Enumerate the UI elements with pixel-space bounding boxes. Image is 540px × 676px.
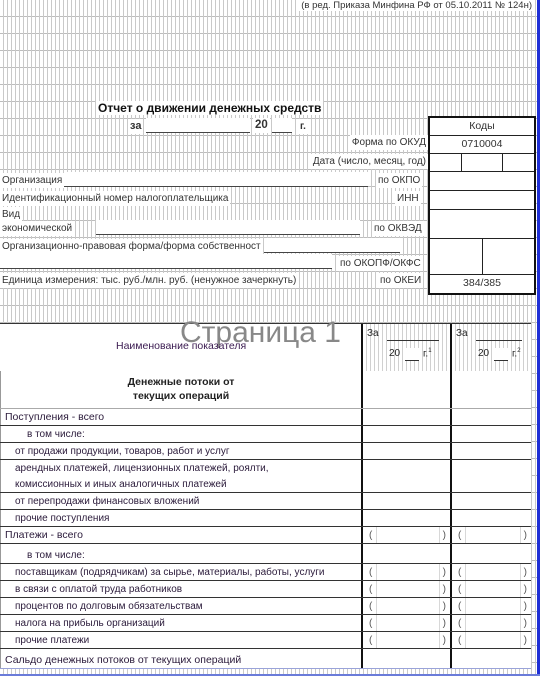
period-1-input[interactable] xyxy=(387,328,439,341)
year-1-input[interactable] xyxy=(405,348,419,361)
value-cell-period-2[interactable]: () xyxy=(450,615,531,631)
activity-input[interactable] xyxy=(96,220,360,235)
okud-label: Форма по ОКУД xyxy=(350,135,428,150)
codes-title: Коды xyxy=(430,118,534,136)
value-cell-period-2[interactable] xyxy=(450,426,531,442)
value-cell-period-2[interactable] xyxy=(450,493,531,509)
row-label: поставщикам (подрядчикам) за сырье, мате… xyxy=(0,564,361,580)
row-label: от продажи продукции, товаров, работ и у… xyxy=(0,443,361,459)
value-cell-period-2[interactable] xyxy=(450,443,531,459)
value-cell-period-2[interactable] xyxy=(450,510,531,526)
organization-input[interactable] xyxy=(64,172,368,187)
value-cell-period-2[interactable]: () xyxy=(450,632,531,648)
column-name-header: Наименование показателя xyxy=(116,340,246,352)
value-cell-period-2[interactable]: () xyxy=(450,598,531,614)
okved-value[interactable] xyxy=(430,210,534,239)
legal-form-input-2[interactable] xyxy=(0,254,332,269)
table-row: Поступления - всего xyxy=(0,409,531,426)
row-label: в том числе: xyxy=(0,544,361,563)
value-cell-period-1[interactable]: () xyxy=(361,598,450,614)
codes-box: Коды 0710004 384/385 xyxy=(428,116,536,295)
period-column-1: За 20 г.1 xyxy=(361,324,450,372)
table-row: прочие платежи()() xyxy=(0,632,531,649)
okved-label: по ОКВЭД xyxy=(372,221,424,236)
table-row: в том числе: xyxy=(0,544,531,564)
table-body: Денежные потоки от текущих операций Пост… xyxy=(0,371,531,669)
value-cell-period-1[interactable] xyxy=(361,443,450,459)
value-cell-period-2[interactable]: () xyxy=(450,527,531,543)
date-label: Дата (число, месяц, год) xyxy=(311,154,428,169)
table-row: Сальдо денежных потоков от текущих опера… xyxy=(0,649,531,669)
organization-label: Организация xyxy=(0,173,64,188)
row-label: прочие поступления xyxy=(0,510,361,526)
okei-label: по ОКЕИ xyxy=(378,273,423,288)
row-label: прочие платежи xyxy=(0,632,361,648)
table-row: в том числе: xyxy=(0,426,531,443)
value-cell-period-1[interactable] xyxy=(361,460,450,492)
okpo-label: по ОКПО xyxy=(376,173,422,188)
okpo-value[interactable] xyxy=(430,172,534,191)
table-row: налога на прибыль организаций()() xyxy=(0,615,531,632)
value-cell-period-1[interactable] xyxy=(361,649,450,668)
value-cell-period-1[interactable]: () xyxy=(361,615,450,631)
year-2-input[interactable] xyxy=(494,348,508,361)
value-cell-period-1[interactable]: () xyxy=(361,581,450,597)
unit-label: Единица измерения: тыс. руб./млн. руб. (… xyxy=(0,273,298,288)
row-label: в связи с оплатой труда работников xyxy=(0,581,361,597)
table-row: в связи с оплатой труда работников()() xyxy=(0,581,531,598)
period-column-2: За 20 г.2 xyxy=(450,324,531,372)
row-label: в том числе: xyxy=(0,426,361,442)
table-row: процентов по долговым обязательствам()() xyxy=(0,598,531,615)
row-label: Поступления - всего xyxy=(0,409,361,425)
value-cell-period-1[interactable] xyxy=(361,426,450,442)
section-title-row: Денежные потоки от текущих операций xyxy=(0,371,531,409)
value-cell-period-2[interactable] xyxy=(450,409,531,425)
okopf-okfs-cells[interactable] xyxy=(430,239,534,275)
okei-value[interactable]: 384/385 xyxy=(430,275,534,293)
value-cell-period-1[interactable]: () xyxy=(361,632,450,648)
order-reference: (в ред. Приказа Минфина РФ от 05.10.2011… xyxy=(299,0,534,11)
year-input[interactable] xyxy=(272,118,292,133)
table-row: поставщикам (подрядчикам) за сырье, мате… xyxy=(0,564,531,581)
year-suffix: г. xyxy=(298,119,308,134)
report-title: Отчет о движении денежных средств xyxy=(96,101,323,115)
inn-value[interactable] xyxy=(430,191,534,210)
value-cell-period-1[interactable] xyxy=(361,510,450,526)
legal-form-label: Организационно-правовая форма/форма собс… xyxy=(0,239,263,254)
table-row: от перепродажи финансовых вложений xyxy=(0,493,531,510)
row-label: от перепродажи финансовых вложений xyxy=(0,493,361,509)
inn-label: Идентификационный номер налогоплательщик… xyxy=(0,191,230,206)
value-cell-period-1[interactable] xyxy=(361,544,450,563)
activity-label-1: Вид xyxy=(0,207,22,222)
row-label: Платежи - всего xyxy=(0,527,361,543)
period-2-input[interactable] xyxy=(476,328,522,341)
okud-value[interactable]: 0710004 xyxy=(430,136,534,154)
value-cell-period-1[interactable]: () xyxy=(361,527,450,543)
okopf-label: по ОКОПФ/ОКФС xyxy=(338,256,423,271)
value-cell-period-1[interactable] xyxy=(361,493,450,509)
value-cell-period-2[interactable]: () xyxy=(450,581,531,597)
row-label: налога на прибыль организаций xyxy=(0,615,361,631)
value-cell-period-2[interactable] xyxy=(450,460,531,492)
value-cell-period-1[interactable]: () xyxy=(361,564,450,580)
legal-form-input[interactable] xyxy=(264,238,400,253)
value-cell-period-1[interactable] xyxy=(361,409,450,425)
table-row: Платежи - всего()() xyxy=(0,527,531,544)
row-label: арендных платежей, лицензионных платежей… xyxy=(0,460,361,492)
activity-label-2: экономической xyxy=(0,221,74,236)
value-cell-period-2[interactable] xyxy=(450,544,531,563)
value-cell-period-2[interactable] xyxy=(450,649,531,668)
table-row: от продажи продукции, товаров, работ и у… xyxy=(0,443,531,460)
value-cell-period-2[interactable]: () xyxy=(450,564,531,580)
period-input[interactable] xyxy=(146,118,250,133)
table-header: Страница 1 Наименование показателя За 20… xyxy=(0,323,531,374)
period-prefix: за xyxy=(128,119,143,134)
year-prefix: 20 xyxy=(253,118,270,133)
date-cells[interactable] xyxy=(430,154,534,172)
table-row: прочие поступления xyxy=(0,510,531,527)
inn-code-label: ИНН xyxy=(395,191,421,206)
row-label: Сальдо денежных потоков от текущих опера… xyxy=(0,649,361,668)
table-row: арендных платежей, лицензионных платежей… xyxy=(0,460,531,493)
row-label: процентов по долговым обязательствам xyxy=(0,598,361,614)
